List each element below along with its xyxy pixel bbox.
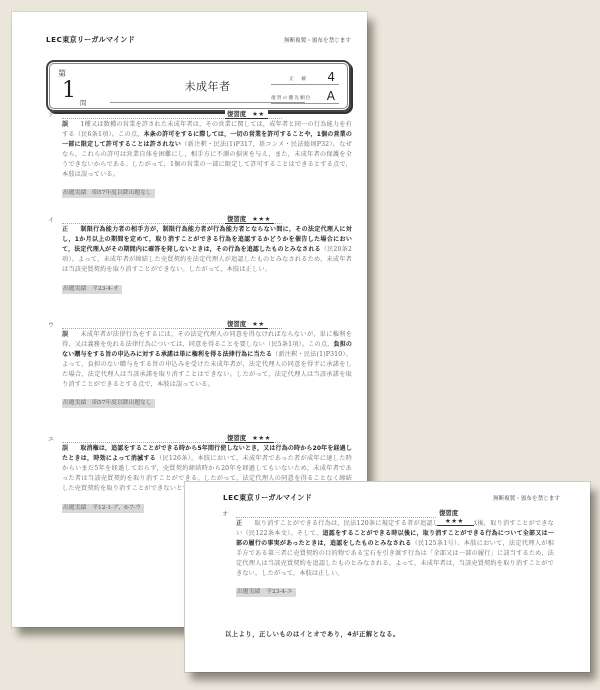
exam-record: 出題実績昭57年度以降出題なし bbox=[62, 399, 155, 408]
dotted-leader: 復習度★★ bbox=[62, 320, 282, 329]
review-level: 復習度★★ bbox=[225, 109, 268, 119]
dotted-leader: 復習度★★★ bbox=[62, 434, 282, 443]
correct-answer-label: 正 解 bbox=[289, 75, 309, 82]
star-rating-icon: ★★★ bbox=[252, 215, 271, 223]
verdict-label: 誤 bbox=[62, 121, 68, 128]
dotted-leader: 復習度★★ bbox=[62, 110, 282, 119]
star-rating-icon: ★★★ bbox=[252, 434, 271, 442]
review-level: 復習度★★★ bbox=[225, 214, 274, 224]
explanation-text: 誤未成年者が法律行為をするには，その法定代理人の同意を得なければならないが，単に… bbox=[62, 330, 352, 389]
review-priority-row: 復習の優先順位 A bbox=[271, 88, 339, 104]
dotted-leader: 復習度★★★ bbox=[62, 215, 282, 224]
logo-lec: LEC bbox=[223, 493, 239, 502]
review-level-label: 復習度 bbox=[227, 215, 246, 223]
key-point-text: 制限行為能力者の相手方が，制限行為能力者が行為能力者とならない間に，その法定代理… bbox=[62, 226, 352, 253]
item-marker: エ bbox=[48, 434, 54, 443]
review-level-label: 復習度 bbox=[227, 320, 246, 328]
review-level: 復習度★★★ bbox=[225, 433, 274, 443]
exam-record: 出題実績平23-4-オ bbox=[62, 285, 122, 294]
correct-answer-row: 正 解 4 bbox=[271, 69, 339, 85]
verdict-label: 正 bbox=[236, 520, 242, 527]
review-level-label: 復習度 bbox=[227, 434, 246, 442]
verdict-label: 誤 bbox=[62, 445, 68, 452]
question-label-mon: 問 bbox=[80, 98, 87, 107]
explanation-segment: 未成年者が法律行為をするには，その法定代理人の同意を得なければならないが，単に権… bbox=[62, 331, 352, 348]
star-rating-icon: ★★★ bbox=[445, 517, 464, 525]
exam-record-value: 昭57年度以降出題なし bbox=[92, 190, 152, 196]
exam-record-label: 出題実績 bbox=[63, 505, 86, 511]
conclusion-text: 以上より，正しいものはイとオであり，4が正解となる。 bbox=[225, 629, 400, 638]
review-priority-label: 復習の優先順位 bbox=[271, 94, 312, 101]
lec-logo-2: LEC東京リーガルマインド bbox=[223, 493, 312, 503]
lec-logo: LEC東京リーガルマインド bbox=[46, 35, 135, 45]
explanation-text: 正取り消すことができる行為は，民法120条に規定する者が追認したときは，以後，取… bbox=[236, 519, 554, 578]
exam-record-value: 平23-4-エ bbox=[266, 589, 293, 595]
exam-record-label: 出題実績 bbox=[237, 589, 260, 595]
exam-record-label: 出題実績 bbox=[63, 286, 86, 292]
star-rating-icon: ★★ bbox=[252, 110, 264, 118]
question-number: 1 bbox=[62, 78, 76, 103]
verdict-label: 正 bbox=[62, 226, 69, 233]
exam-record-value: 平12-1-ア，6-7-ウ bbox=[92, 505, 141, 511]
logo-lec: LEC bbox=[46, 35, 62, 44]
verdict-label: 誤 bbox=[62, 331, 68, 338]
explanation-item-o: オ復習度★★★正取り消すことができる行為は，民法120条に規定する者が追認したと… bbox=[236, 509, 554, 597]
logo-text: 東京リーガルマインド bbox=[62, 35, 135, 44]
review-level-label: 復習度 bbox=[227, 110, 246, 118]
explanation-text: 正制限行為能力者の相手方が，制限行為能力者が行為能力者とならない間に，その法定代… bbox=[62, 225, 352, 275]
exam-record-value: 昭57年度以降出題なし bbox=[92, 400, 152, 406]
review-level: 復習度★★ bbox=[225, 319, 268, 329]
copyright-notice-2: 無断複製・頒布を禁じます bbox=[493, 494, 560, 502]
explanation-text: 誤1種又は数種の営業を許された未成年者は，その営業に関しては，成年者と同一の行為… bbox=[62, 120, 352, 179]
explanation-item-i: イ復習度★★★正制限行為能力者の相手方が，制限行為能力者が行為能力者とならない間… bbox=[62, 215, 352, 294]
review-priority-value: A bbox=[327, 89, 335, 103]
question-title-box: 第 1 問 未成年者 正 解 4 復習の優先順位 A bbox=[46, 60, 351, 112]
exam-record: 出題実績平23-4-エ bbox=[236, 588, 296, 597]
item-marker: イ bbox=[48, 215, 54, 224]
review-level: 復習度★★★ bbox=[437, 508, 474, 526]
answer-page-2: LEC東京リーガルマインド 無断複製・頒布を禁じます オ復習度★★★正取り消すこ… bbox=[185, 482, 590, 672]
star-rating-icon: ★★ bbox=[252, 320, 264, 328]
copyright-notice: 無断複製・頒布を禁じます bbox=[284, 36, 351, 44]
item-marker: ア bbox=[48, 110, 54, 119]
correct-answer-value: 4 bbox=[327, 70, 335, 84]
review-level-label: 復習度 bbox=[439, 509, 458, 517]
dotted-leader: 復習度★★★ bbox=[236, 509, 474, 518]
exam-record-label: 出題実績 bbox=[63, 400, 86, 406]
exam-record-value: 平23-4-オ bbox=[92, 286, 119, 292]
item-marker: ウ bbox=[48, 320, 54, 329]
explanation-item-u: ウ復習度★★誤未成年者が法律行為をするには，その法定代理人の同意を得なければなら… bbox=[62, 320, 352, 408]
exam-record-label: 出題実績 bbox=[63, 190, 86, 196]
logo-text: 東京リーガルマインド bbox=[239, 493, 312, 502]
exam-record: 出題実績平12-1-ア，6-7-ウ bbox=[62, 504, 144, 513]
item-marker: オ bbox=[222, 509, 228, 518]
explanation-item-a: ア復習度★★誤1種又は数種の営業を許された未成年者は，その営業に関しては，成年者… bbox=[62, 110, 352, 198]
exam-record: 出題実績昭57年度以降出題なし bbox=[62, 189, 155, 198]
